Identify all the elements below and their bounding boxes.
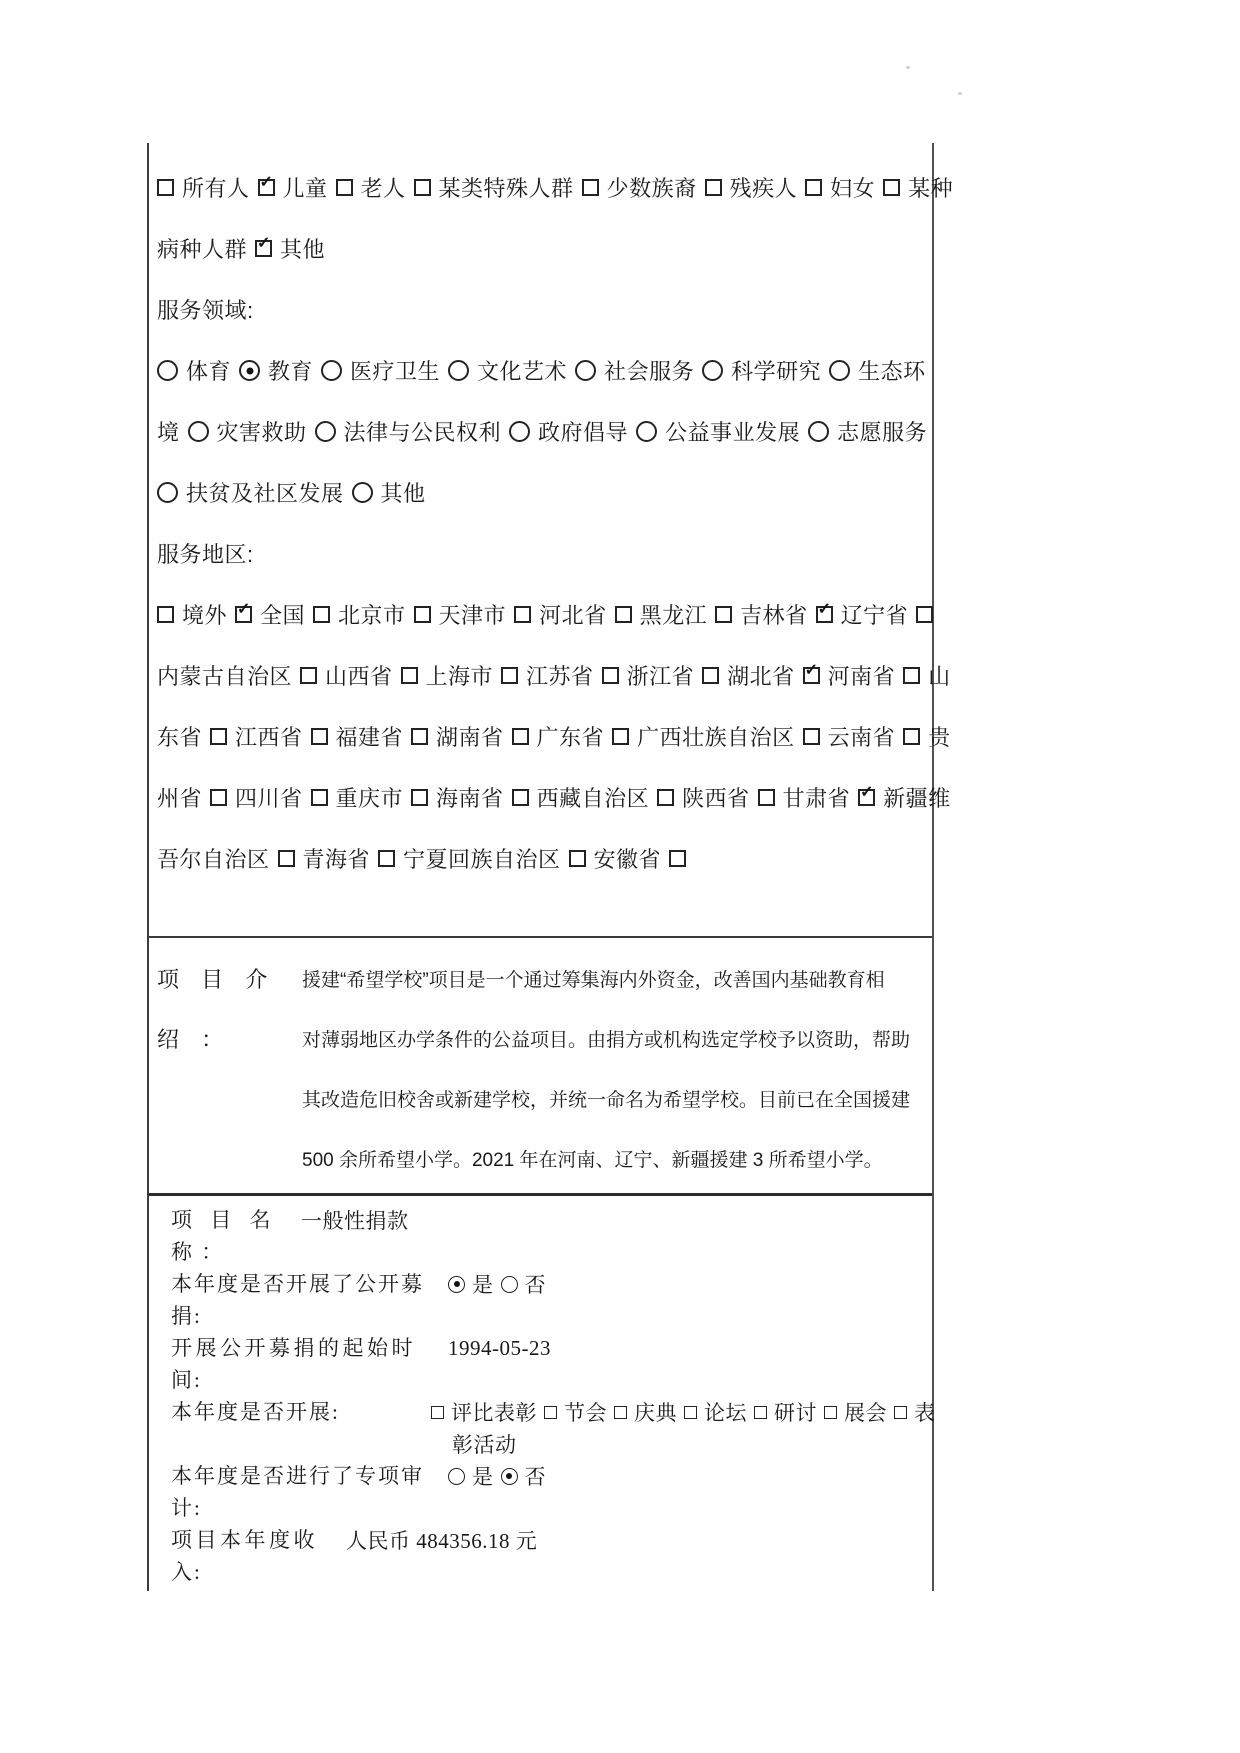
checkbox-checked-icon[interactable]: ✓ xyxy=(858,789,875,806)
radio-icon[interactable] xyxy=(352,482,373,503)
checkbox-icon[interactable] xyxy=(300,667,317,684)
option-label: 人民币 484356.18 元 xyxy=(346,1525,537,1555)
option-label: 全国 xyxy=(260,599,305,630)
option-label: 甘肃省 xyxy=(783,782,851,813)
radio-icon[interactable] xyxy=(157,482,178,503)
option-label: 教育 xyxy=(268,355,313,386)
radio-icon[interactable] xyxy=(509,421,530,442)
checkbox-icon[interactable] xyxy=(569,850,586,867)
option-label: 病种人群 xyxy=(157,233,247,264)
checkbox-checked-icon[interactable]: ✓ xyxy=(816,606,833,623)
service-area-option-line: 东省江西省福建省湖南省广东省广西壮族自治区云南省贵 xyxy=(157,706,928,767)
option-label: 文化艺术 xyxy=(477,355,567,386)
project-detail-row-fundraising-start-date: 开展公开募捐的起始时间:1994-05-23 xyxy=(171,1332,928,1396)
checkbox-icon[interactable] xyxy=(313,606,330,623)
service-area-option-line: 吾尔自治区青海省宁夏回族自治区安徽省 xyxy=(157,828,928,889)
checkbox-checked-icon[interactable]: ✓ xyxy=(803,667,820,684)
check-mark-icon: ✓ xyxy=(257,236,270,252)
option-label: 公益事业发展 xyxy=(665,416,800,447)
option-label: 志愿服务 xyxy=(837,416,927,447)
option-label: 否 xyxy=(525,1269,547,1299)
check-mark-icon: ✓ xyxy=(260,175,273,191)
option-label: 新疆维 xyxy=(883,782,951,813)
project-detail-row-project-annual-income: 项目本年度收入:人民币 484356.18 元 xyxy=(171,1524,928,1588)
option-label: 广西壮族自治区 xyxy=(637,721,795,752)
checkbox-icon[interactable] xyxy=(903,728,920,745)
field-label: 开展公开募捐的起始时间: xyxy=(171,1332,448,1396)
checkbox-icon[interactable] xyxy=(669,850,686,867)
checkbox-icon[interactable] xyxy=(157,606,174,623)
scan-artifact xyxy=(906,66,910,69)
field-label-line: 入: xyxy=(171,1556,346,1588)
project-detail-row-project-name: 项 目 名称 ：一般性捐款 xyxy=(171,1204,928,1268)
option-label: 扶贫及社区发展 xyxy=(186,477,344,508)
checkbox-icon[interactable] xyxy=(805,179,822,196)
service-field-options: 体育教育医疗卫生文化艺术社会服务科学研究生态环境灾害救助法律与公民权利政府倡导公… xyxy=(157,340,928,523)
checkbox-icon[interactable] xyxy=(657,789,674,806)
option-label: 吉林省 xyxy=(740,599,808,630)
service-field-option-line: 扶贫及社区发展其他 xyxy=(157,462,928,523)
option-label: 法律与公民权利 xyxy=(344,416,502,447)
option-label: 江苏省 xyxy=(526,660,594,691)
option-label: 河南省 xyxy=(828,660,896,691)
checkbox-icon[interactable] xyxy=(824,1406,837,1419)
option-label: 天津市 xyxy=(439,599,507,630)
project-intro-label-line: 绍 ： xyxy=(157,1008,302,1068)
radio-selected-icon[interactable] xyxy=(239,360,260,381)
field-label: 本年度是否开展了公开募捐: xyxy=(171,1268,448,1332)
checkbox-icon[interactable] xyxy=(431,1406,444,1419)
option-label: 是 xyxy=(472,1461,494,1491)
option-label: 少数族裔 xyxy=(607,172,697,203)
option-label: 青海省 xyxy=(303,843,371,874)
check-mark-icon: ✓ xyxy=(237,602,250,618)
checkbox-icon[interactable] xyxy=(894,1406,907,1419)
option-label: 社会服务 xyxy=(604,355,694,386)
checkbox-icon[interactable] xyxy=(414,179,431,196)
beneficiary-option-line: 病种人群✓其他 xyxy=(157,218,928,279)
option-label: 山 xyxy=(928,660,951,691)
option-label: 福建省 xyxy=(336,721,404,752)
checkbox-icon[interactable] xyxy=(602,667,619,684)
radio-icon[interactable] xyxy=(501,1276,518,1293)
project-intro-text-line: 500 余所希望小学。2021 年在河南、辽宁、新疆援建 3 所希望小学。 xyxy=(302,1128,928,1188)
option-label: 广东省 xyxy=(537,721,605,752)
checkbox-icon[interactable] xyxy=(754,1406,767,1419)
option-label: 残疾人 xyxy=(730,172,798,203)
project-intro-label-line: 项 目 介 xyxy=(157,948,302,1008)
field-value-line: 彰活动 xyxy=(431,1428,936,1460)
checkbox-icon[interactable] xyxy=(758,789,775,806)
section-project-intro: 项 目 介 绍 ： 援建“希望学校”项目是一个通过筹集海内外资金，改善国内基础教… xyxy=(149,938,932,1196)
option-label: 老人 xyxy=(361,172,406,203)
field-value-line: 一般性捐款 xyxy=(301,1204,928,1236)
checkbox-icon[interactable] xyxy=(614,1406,627,1419)
checkbox-icon[interactable] xyxy=(401,667,418,684)
project-intro-label: 项 目 介 绍 ： xyxy=(157,948,302,1193)
radio-icon[interactable] xyxy=(829,360,850,381)
option-label: 河北省 xyxy=(539,599,607,630)
option-label: 云南省 xyxy=(828,721,896,752)
option-label: 宁夏回族自治区 xyxy=(403,843,561,874)
field-value: 一般性捐款 xyxy=(301,1204,928,1236)
service-area-label-line: 服务地区: xyxy=(157,523,928,584)
option-label: 庆典 xyxy=(634,1397,677,1427)
option-label: 安徽省 xyxy=(594,843,662,874)
check-mark-icon: ✓ xyxy=(860,785,873,801)
option-label: 生态环 xyxy=(858,355,926,386)
scanned-document-page: 所有人✓儿童老人某类特殊人群少数族裔残疾人妇女某种病种人群✓其他 服务领域: 体… xyxy=(0,0,1240,1753)
option-label: 其他 xyxy=(280,233,325,264)
option-label: 妇女 xyxy=(830,172,875,203)
option-label: 研讨 xyxy=(774,1397,817,1427)
beneficiary-option-line: 所有人✓儿童老人某类特殊人群少数族裔残疾人妇女某种 xyxy=(157,157,928,218)
checkbox-icon[interactable] xyxy=(311,789,328,806)
checkbox-icon[interactable] xyxy=(411,728,428,745)
option-label: 内蒙古自治区 xyxy=(157,660,292,691)
checkbox-icon[interactable] xyxy=(512,789,529,806)
checkbox-icon[interactable] xyxy=(702,667,719,684)
field-label: 本年度是否开展: xyxy=(171,1396,431,1428)
radio-dot xyxy=(246,367,253,374)
project-intro-text-line: 援建“希望学校”项目是一个通过筹集海内外资金，改善国内基础教育相 xyxy=(302,948,928,1008)
option-label: 海南省 xyxy=(436,782,504,813)
radio-icon[interactable] xyxy=(808,421,829,442)
option-label: 评比表彰 xyxy=(451,1397,537,1427)
service-field-label-line: 服务领域: xyxy=(157,279,928,340)
service-area-option-line: 境外✓全国北京市天津市河北省黑龙江吉林省✓辽宁省 xyxy=(157,584,928,645)
field-value: 是否 xyxy=(448,1460,928,1492)
option-label: 陕西省 xyxy=(682,782,750,813)
option-label: 体育 xyxy=(186,355,231,386)
service-area-options: 境外✓全国北京市天津市河北省黑龙江吉林省✓辽宁省内蒙古自治区山西省上海市江苏省浙… xyxy=(157,584,928,889)
checkbox-icon[interactable] xyxy=(615,606,632,623)
option-label: 某类特殊人群 xyxy=(439,172,574,203)
service-area-option-line: 内蒙古自治区山西省上海市江苏省浙江省湖北省✓河南省山 xyxy=(157,645,928,706)
section-beneficiary-and-service: 所有人✓儿童老人某类特殊人群少数族裔残疾人妇女某种病种人群✓其他 服务领域: 体… xyxy=(149,143,932,938)
checkbox-icon[interactable] xyxy=(157,179,174,196)
radio-dot xyxy=(506,1473,512,1479)
radio-icon[interactable] xyxy=(448,360,469,381)
checkbox-icon[interactable] xyxy=(544,1406,557,1419)
checkbox-checked-icon[interactable]: ✓ xyxy=(255,240,272,257)
project-detail-row-public-fundraising-this-year: 本年度是否开展了公开募捐:是否 xyxy=(171,1268,928,1332)
option-label: 东省 xyxy=(157,721,202,752)
section-project-details: 项 目 名称 ：一般性捐款本年度是否开展了公开募捐:是否开展公开募捐的起始时间:… xyxy=(149,1196,932,1588)
radio-icon[interactable] xyxy=(575,360,596,381)
radio-icon[interactable] xyxy=(315,421,336,442)
option-label: 重庆市 xyxy=(336,782,404,813)
option-label: 是 xyxy=(472,1269,494,1299)
radio-icon[interactable] xyxy=(188,421,209,442)
option-label: 黑龙江 xyxy=(640,599,708,630)
checkbox-icon[interactable] xyxy=(582,179,599,196)
checkbox-icon[interactable] xyxy=(903,667,920,684)
checkbox-checked-icon[interactable]: ✓ xyxy=(258,179,275,196)
checkbox-icon[interactable] xyxy=(210,728,227,745)
project-intro-text-line: 对薄弱地区办学条件的公益项目。由捐方或机构选定学校予以资助，帮助 xyxy=(302,1008,928,1068)
option-label: 上海市 xyxy=(426,660,494,691)
option-label: 其他 xyxy=(381,477,426,508)
field-label-line: 本年度是否进行了专项审 xyxy=(171,1460,448,1492)
field-value: 人民币 484356.18 元 xyxy=(346,1524,928,1556)
field-value-line: 1994-05-23 xyxy=(448,1332,928,1364)
service-field-option-line: 体育教育医疗卫生文化艺术社会服务科学研究生态环 xyxy=(157,340,928,401)
field-value-line: 评比表彰节会庆典论坛研讨展会表 xyxy=(431,1396,936,1428)
option-label: 贵 xyxy=(928,721,951,752)
option-label: 否 xyxy=(525,1461,547,1491)
option-label: 某种 xyxy=(908,172,953,203)
field-label-line: 间: xyxy=(171,1364,448,1396)
option-label: 境外 xyxy=(182,599,227,630)
service-area-option-line: 州省四川省重庆市海南省西藏自治区陕西省甘肃省✓新疆维 xyxy=(157,767,928,828)
radio-icon[interactable] xyxy=(157,360,178,381)
radio-icon[interactable] xyxy=(636,421,657,442)
field-label-line: 称 ： xyxy=(171,1236,301,1268)
project-detail-row-activities-this-year: 本年度是否开展:评比表彰节会庆典论坛研讨展会表彰活动 xyxy=(171,1396,928,1460)
option-label: 江西省 xyxy=(235,721,303,752)
field-value-line: 是否 xyxy=(448,1460,928,1492)
field-value-line: 人民币 484356.18 元 xyxy=(346,1524,928,1556)
option-label: 论坛 xyxy=(704,1397,747,1427)
option-label: 州省 xyxy=(157,782,202,813)
checkbox-icon[interactable] xyxy=(803,728,820,745)
field-label-line: 项 目 名 xyxy=(171,1204,301,1236)
radio-dot xyxy=(454,1281,460,1287)
checkbox-icon[interactable] xyxy=(514,606,531,623)
checkbox-icon[interactable] xyxy=(916,606,933,623)
option-label: 所有人 xyxy=(182,172,250,203)
field-label-line: 本年度是否开展: xyxy=(171,1396,431,1428)
checkbox-icon[interactable] xyxy=(278,850,295,867)
checkbox-icon[interactable] xyxy=(715,606,732,623)
checkbox-icon[interactable] xyxy=(311,728,328,745)
service-field-label: 服务领域: xyxy=(157,294,254,325)
option-label: 医疗卫生 xyxy=(350,355,440,386)
option-label: 北京市 xyxy=(338,599,406,630)
option-label: 展会 xyxy=(844,1397,887,1427)
form-table: 所有人✓儿童老人某类特殊人群少数族裔残疾人妇女某种病种人群✓其他 服务领域: 体… xyxy=(147,143,934,1591)
checkbox-icon[interactable] xyxy=(336,179,353,196)
field-value: 是否 xyxy=(448,1268,928,1300)
radio-icon[interactable] xyxy=(321,360,342,381)
project-detail-row-special-audit-this-year: 本年度是否进行了专项审计:是否 xyxy=(171,1460,928,1524)
field-label-line: 捐: xyxy=(171,1300,448,1332)
field-label-line: 本年度是否开展了公开募 xyxy=(171,1268,448,1300)
option-label: 浙江省 xyxy=(627,660,695,691)
checkbox-icon[interactable] xyxy=(684,1406,697,1419)
checkbox-icon[interactable] xyxy=(883,179,900,196)
checkbox-icon[interactable] xyxy=(210,789,227,806)
option-label: 境 xyxy=(157,416,180,447)
option-label: 山西省 xyxy=(325,660,393,691)
check-mark-icon: ✓ xyxy=(805,663,818,679)
option-label: 四川省 xyxy=(235,782,303,813)
field-value: 评比表彰节会庆典论坛研讨展会表彰活动 xyxy=(431,1396,936,1460)
checkbox-checked-icon[interactable]: ✓ xyxy=(235,606,252,623)
checkbox-icon[interactable] xyxy=(705,179,722,196)
option-label: 辽宁省 xyxy=(841,599,909,630)
service-area-label: 服务地区: xyxy=(157,538,254,569)
option-label: 科学研究 xyxy=(731,355,821,386)
checkbox-icon[interactable] xyxy=(411,789,428,806)
field-label-line: 开展公开募捐的起始时 xyxy=(171,1332,448,1364)
field-label: 本年度是否进行了专项审计: xyxy=(171,1460,448,1524)
field-value-line: 是否 xyxy=(448,1268,928,1300)
beneficiary-options: 所有人✓儿童老人某类特殊人群少数族裔残疾人妇女某种病种人群✓其他 xyxy=(157,157,928,279)
field-value: 1994-05-23 xyxy=(448,1332,928,1364)
service-field-option-line: 境灾害救助法律与公民权利政府倡导公益事业发展志愿服务 xyxy=(157,401,928,462)
check-mark-icon: ✓ xyxy=(818,602,831,618)
field-label-line: 计: xyxy=(171,1492,448,1524)
project-intro-text-line: 其改造危旧校舍或新建学校，并统一命名为希望学校。目前已在全国援建 xyxy=(302,1068,928,1128)
option-label: 吾尔自治区 xyxy=(157,843,270,874)
option-label: 西藏自治区 xyxy=(537,782,650,813)
scan-artifact xyxy=(958,92,962,95)
project-intro-text: 援建“希望学校”项目是一个通过筹集海内外资金，改善国内基础教育相对薄弱地区办学条… xyxy=(302,948,928,1193)
field-label: 项 目 名称 ： xyxy=(171,1204,301,1268)
option-label: 儿童 xyxy=(283,172,328,203)
option-label: 彰活动 xyxy=(452,1429,517,1459)
checkbox-icon[interactable] xyxy=(501,667,518,684)
checkbox-icon[interactable] xyxy=(414,606,431,623)
option-label: 灾害救助 xyxy=(217,416,307,447)
radio-selected-icon[interactable] xyxy=(448,1276,465,1293)
option-label: 1994-05-23 xyxy=(448,1336,551,1361)
radio-icon[interactable] xyxy=(448,1468,465,1485)
radio-selected-icon[interactable] xyxy=(501,1468,518,1485)
checkbox-icon[interactable] xyxy=(612,728,629,745)
option-label: 节会 xyxy=(564,1397,607,1427)
option-label: 政府倡导 xyxy=(538,416,628,447)
option-label: 湖北省 xyxy=(727,660,795,691)
radio-icon[interactable] xyxy=(702,360,723,381)
option-label: 湖南省 xyxy=(436,721,504,752)
checkbox-icon[interactable] xyxy=(378,850,395,867)
field-label-line: 项目本年度收 xyxy=(171,1524,346,1556)
option-label: 表 xyxy=(914,1397,936,1427)
checkbox-icon[interactable] xyxy=(512,728,529,745)
field-label: 项目本年度收入: xyxy=(171,1524,346,1588)
option-label: 一般性捐款 xyxy=(301,1205,409,1235)
